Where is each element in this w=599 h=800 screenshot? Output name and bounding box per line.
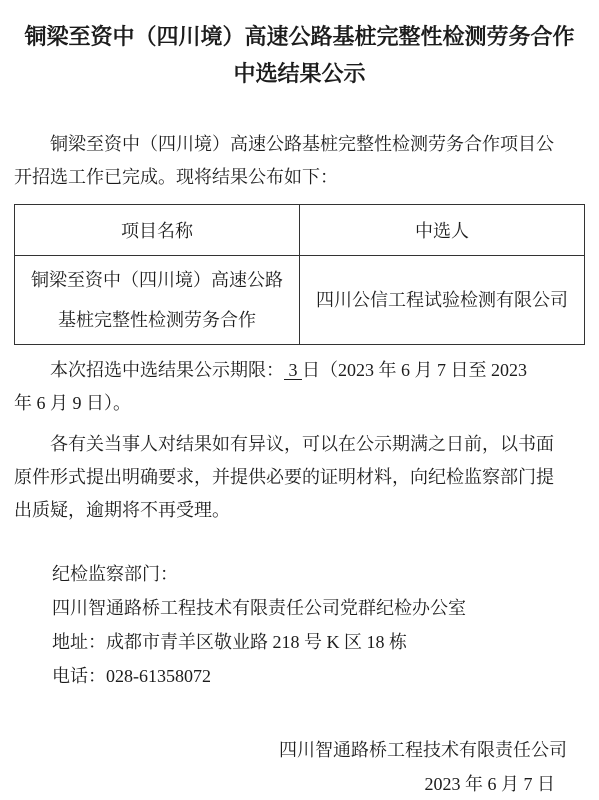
period-text-after-line1: 日（2023 年 6 月 7 日至 2023 — [302, 360, 527, 380]
table-header-winner: 中选人 — [300, 205, 585, 256]
project-name-cell: 铜梁至资中（四川境）高速公路基桩完整性检测劳务合作 — [15, 256, 300, 345]
contact-block: 纪检监察部门： 四川智通路桥工程技术有限责任公司党群纪检办公室 地址：成都市青羊… — [14, 557, 585, 693]
period-text-before: 本次招选中选结果公示期限： — [50, 360, 284, 380]
results-table: 项目名称 中选人 铜梁至资中（四川境）高速公路基桩完整性检测劳务合作 四川公信工… — [14, 204, 585, 345]
signature-company: 四川智通路桥工程技术有限责任公司 — [14, 733, 585, 767]
objection-paragraph: 各有关当事人对结果如有异议，可以在公示期满之日前，以书面 原件形式提出明确要求，… — [14, 428, 585, 527]
period-days-underlined: 3 — [284, 360, 302, 380]
period-paragraph: 本次招选中选结果公示期限： 3 日（2023 年 6 月 7 日至 2023年 … — [14, 354, 585, 420]
signature-block: 四川智通路桥工程技术有限责任公司 2023 年 6 月 7 日 — [14, 733, 585, 800]
table-row: 铜梁至资中（四川境）高速公路基桩完整性检测劳务合作 四川公信工程试验检测有限公司 — [15, 256, 585, 345]
phone-line: 电话：028-61358072 — [52, 659, 585, 693]
table-header-project-name: 项目名称 — [15, 205, 300, 256]
discipline-dept-label: 纪检监察部门： — [52, 557, 585, 591]
winner-cell: 四川公信工程试验检测有限公司 — [300, 256, 585, 345]
table-header-row: 项目名称 中选人 — [15, 205, 585, 256]
signature-date: 2023 年 6 月 7 日 — [14, 767, 585, 800]
document-title: 铜梁至资中（四川境）高速公路基桩完整性检测劳务合作 中选结果公示 — [14, 18, 585, 92]
intro-paragraph: 铜梁至资中（四川境）高速公路基桩完整性检测劳务合作项目公 开招选工作已完成。现将… — [14, 128, 585, 194]
period-text-after-line2: 年 6 月 9 日）。 — [14, 393, 131, 413]
address-line: 地址：成都市青羊区敬业路 218 号 K 区 18 栋 — [52, 625, 585, 659]
announcement-document: 铜梁至资中（四川境）高速公路基桩完整性检测劳务合作 中选结果公示 铜梁至资中（四… — [0, 0, 599, 800]
discipline-dept-name: 四川智通路桥工程技术有限责任公司党群纪检办公室 — [52, 591, 585, 625]
